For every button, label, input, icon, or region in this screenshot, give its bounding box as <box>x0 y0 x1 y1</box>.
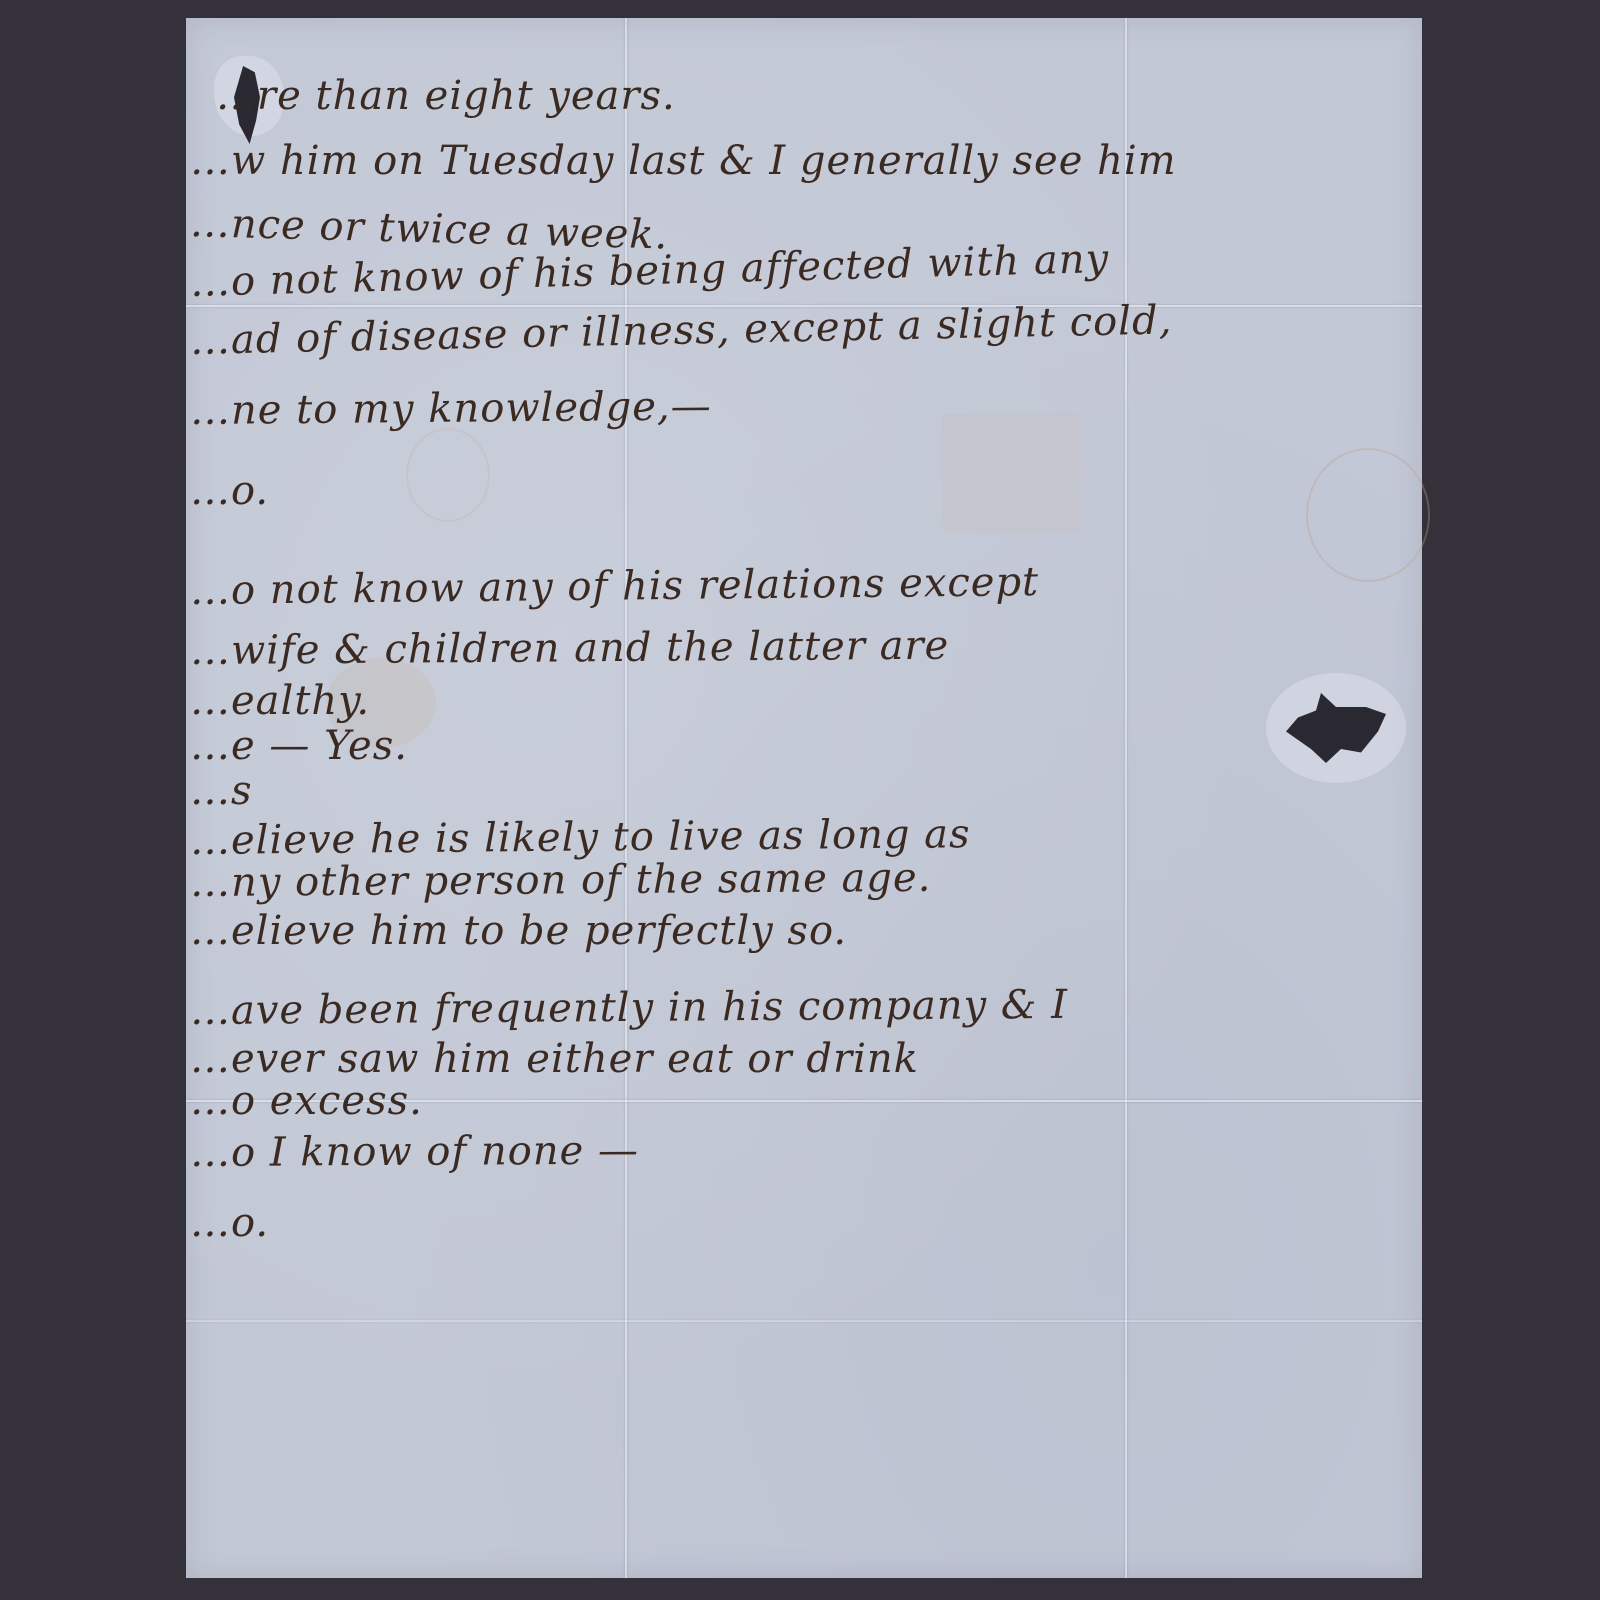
letter-page: …re than eight years.…w him on Tuesday l… <box>186 18 1422 1578</box>
stain-mark <box>941 413 1081 533</box>
fold-crease-vertical <box>1125 18 1127 1578</box>
handwritten-line: …o excess. <box>190 1078 423 1124</box>
handwritten-line: …s <box>190 768 253 814</box>
handwritten-line: …ave been frequently in his company & I <box>190 982 1068 1034</box>
handwritten-line: …e — Yes. <box>190 723 408 769</box>
postmark-ring <box>406 428 490 522</box>
handwritten-line: …re than eight years. <box>216 73 676 119</box>
handwritten-line: …o I know of none — <box>190 1128 639 1176</box>
handwritten-line: …ny other person of the same age. <box>190 855 932 906</box>
handwritten-line: …ealthy. <box>190 678 370 724</box>
handwritten-line: …wife & children and the latter are <box>190 623 950 674</box>
handwritten-line: …elieve him to be perfectly so. <box>190 908 847 954</box>
postmark-ring <box>1306 448 1430 582</box>
handwritten-line: …o. <box>190 468 269 514</box>
handwritten-line: …o. <box>190 1200 269 1246</box>
handwritten-line: …w him on Tuesday last & I generally see… <box>190 138 1177 184</box>
handwritten-line: …ne to my knowledge,— <box>190 383 712 434</box>
fold-crease-horizontal <box>186 1320 1422 1322</box>
handwritten-line: …ever saw him either eat or drink <box>190 1036 919 1082</box>
handwritten-line: …o not know any of his relations except <box>190 559 1040 614</box>
handwritten-line: …ad of disease or illness, except a slig… <box>190 297 1173 364</box>
